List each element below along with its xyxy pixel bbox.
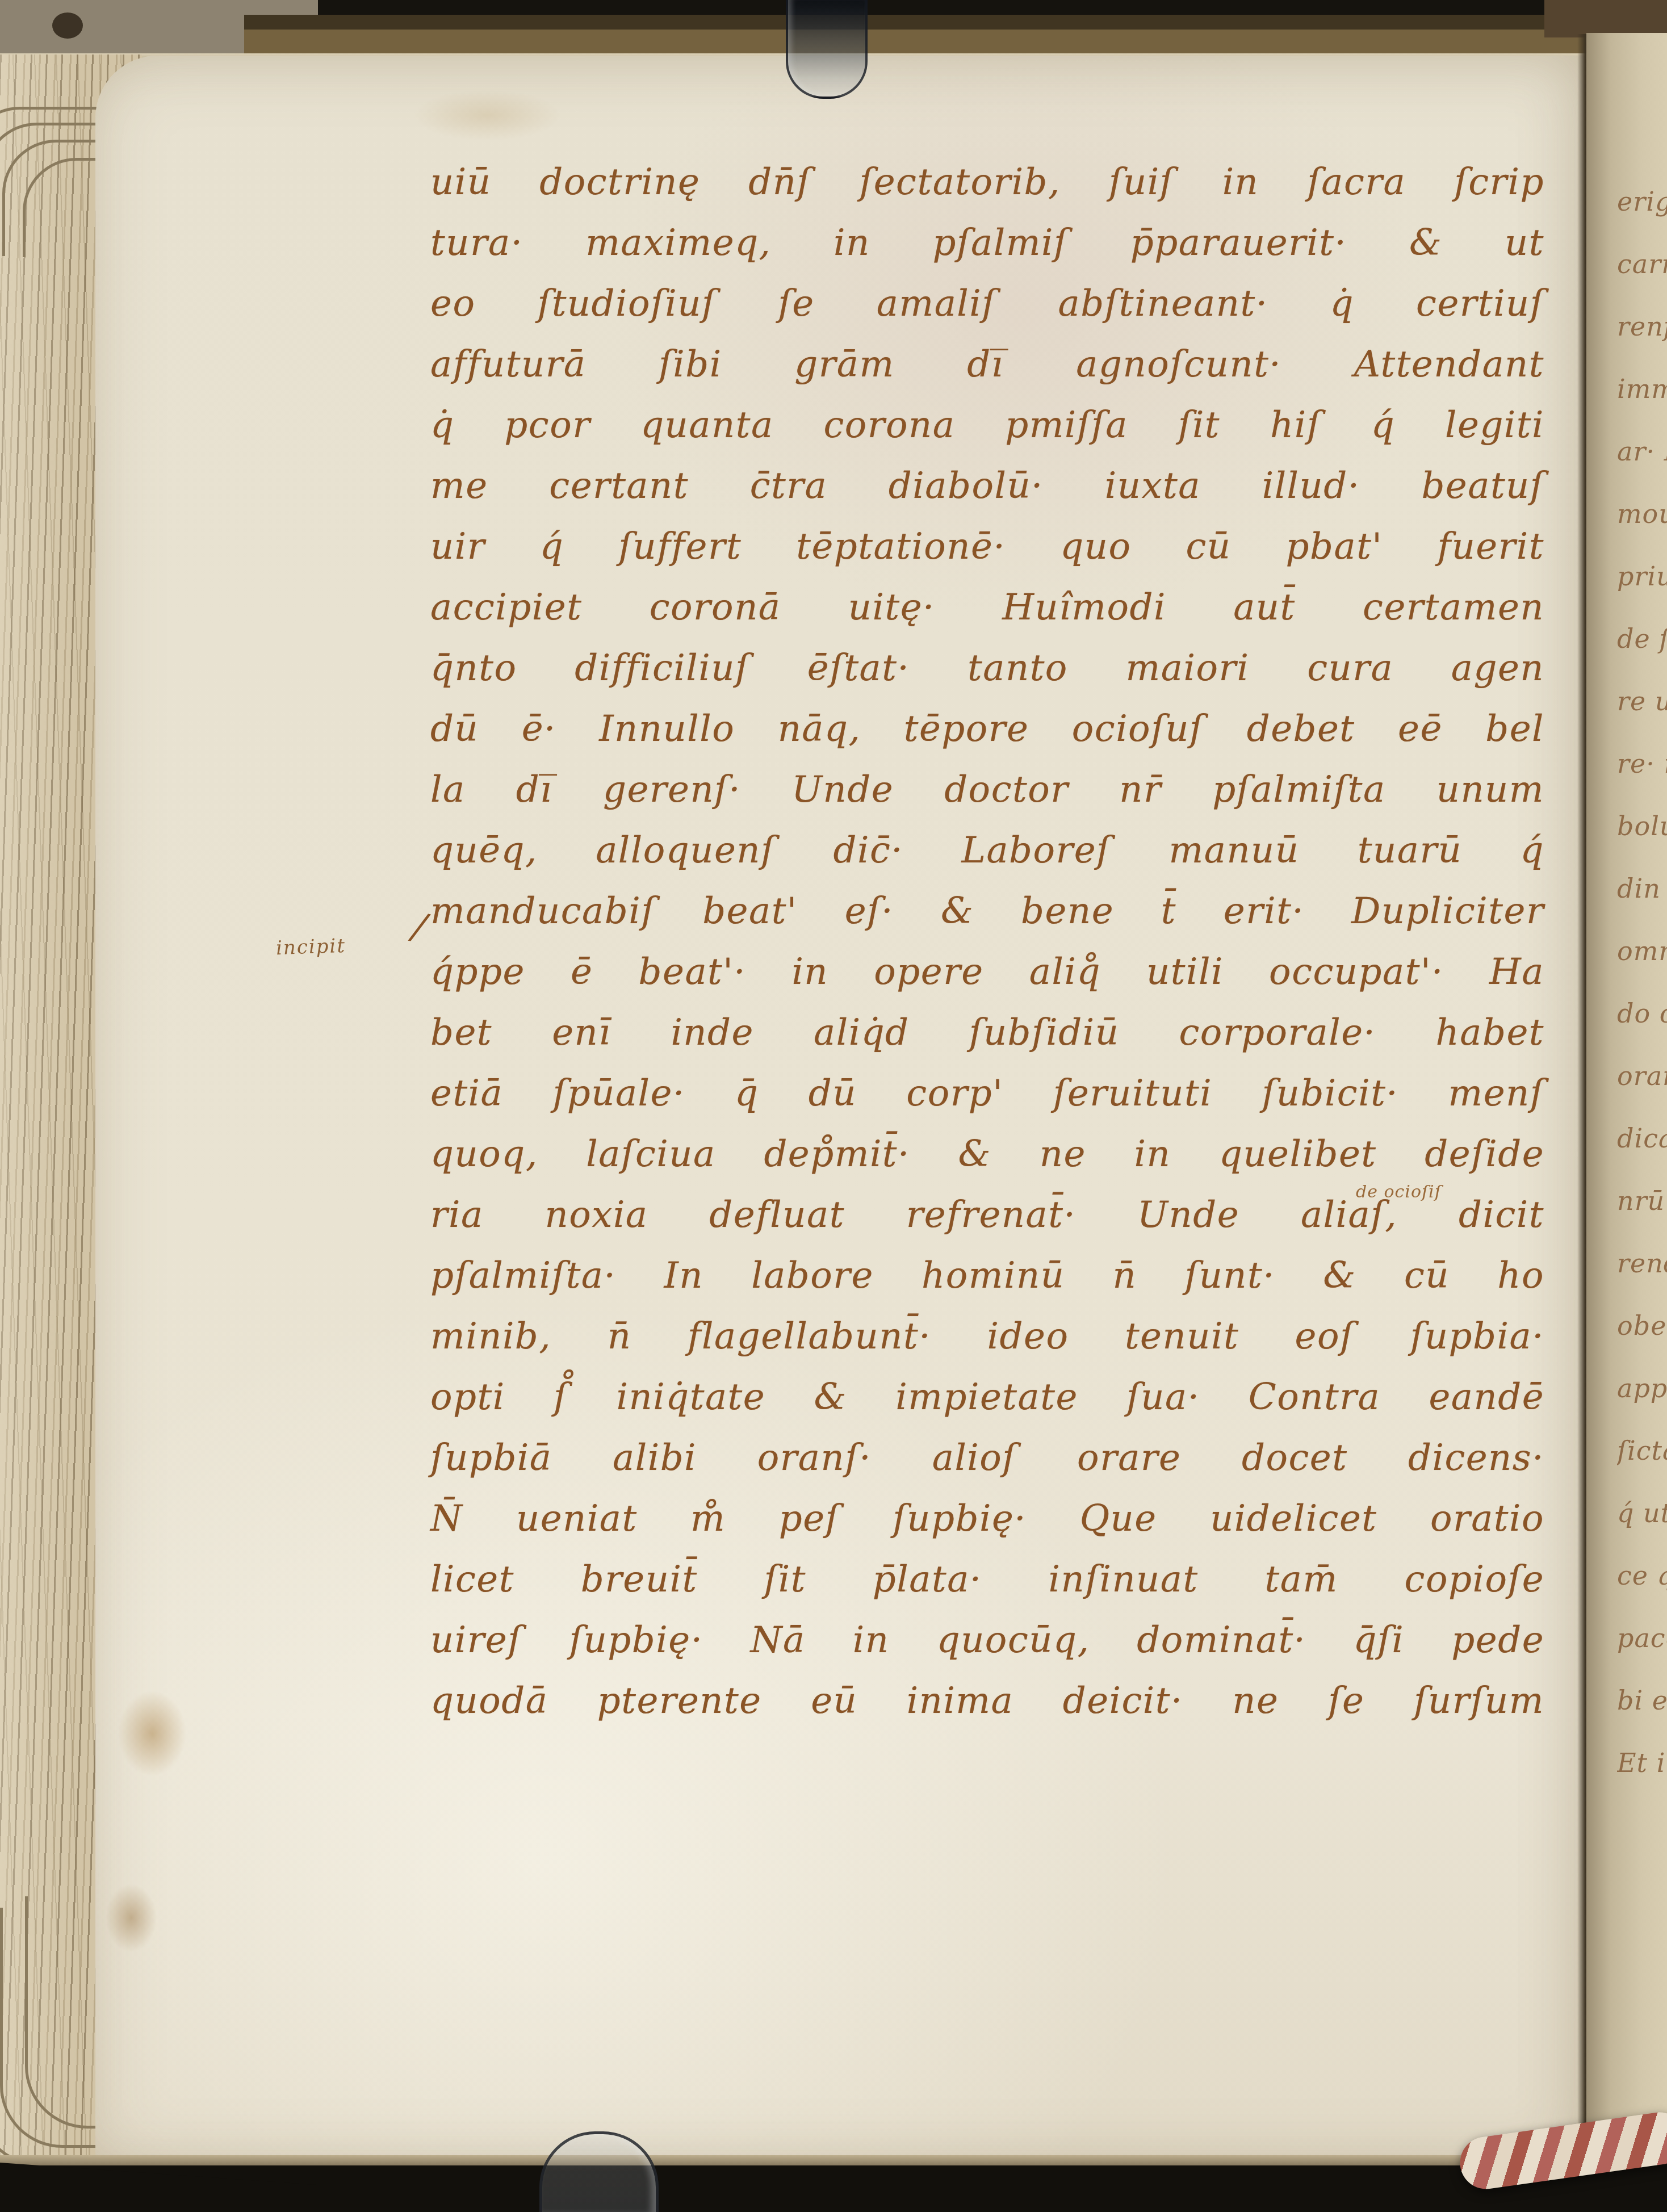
text-line: quoq, laſciua dep̊mit̄· & ne in quelibet… <box>430 1124 1544 1185</box>
fragment-line: re uid <box>1617 670 1667 732</box>
text-line: me certant c̄tra diabolū· iuxta illud· b… <box>430 456 1544 517</box>
text-line: dū ē· Innullo nāq, tēpore ocioſuſ debet … <box>430 699 1544 760</box>
facing-page-text-fragments: erig carniſ renſ imma ar· E mou priuſ i … <box>1617 170 1667 1817</box>
parchment-stain <box>106 1884 157 1952</box>
text-line: licet breuit̄ ſit p̄lata· inſinuat tam̄ … <box>430 1549 1544 1610</box>
text-block: uiū doctrinę dn̄ſ ſectatorib, ſuiſ in ſa… <box>430 152 1544 1732</box>
text-line: N̄ ueniat m̊ peſ ſupbię· Que uidelicet o… <box>430 1489 1544 1549</box>
fragment-line: Et iterū· i <box>1617 1732 1667 1794</box>
margin-note: incipit <box>275 935 346 960</box>
text-line: pſalmiſta· In labore hominū n̄ ſunt· & c… <box>430 1246 1544 1306</box>
text-line: la di̅ gerenſ· Unde doctor nr̄ pſalmiſta… <box>430 760 1544 820</box>
text-line: ſupbiā alibi oranſ· alioſ orare docet di… <box>430 1428 1544 1489</box>
text-line: quēq, alloquenſ dic̄· Laboreſ manuū tuar… <box>430 820 1544 881</box>
text-line: q̄nto difficiliuſ ēſtat· tanto maiori cu… <box>430 638 1544 699</box>
fragment-line: nrū ui <box>1617 1170 1667 1232</box>
parchment-stain <box>118 1691 186 1776</box>
text-line: q́ppe ē beat'· in opere aliq̊ utili occu… <box>430 942 1544 1003</box>
fragment-line: renda· i <box>1617 1232 1667 1294</box>
fragment-line: pacē era <box>1617 1607 1667 1669</box>
fragment-line: carniſ <box>1617 233 1667 295</box>
text-line: affuturā ſibi grām di̅ agnoſcunt· Attend… <box>430 334 1544 395</box>
text-line: tura· maximeq, in pſalmiſ p̄parauerit· &… <box>430 213 1544 274</box>
fragment-line: omnim̄ <box>1617 920 1667 982</box>
text-line: etiā ſpūale· q̄ dū corp' ſeruituti ſubic… <box>430 1063 1544 1124</box>
fragment-line: ce quā h <box>1617 1544 1667 1607</box>
fragment-line: renſ <box>1617 295 1667 358</box>
text-line: manducabiſ beat' eſ· & bene t̄ erit· Dup… <box>430 881 1544 942</box>
interlinear-gloss: de ocioſiſ <box>1356 1182 1442 1202</box>
text-line: eo ſtudioſiuſ ſe amaliſ abſtineant· q̇ c… <box>430 274 1544 334</box>
book-top-edge-shadow <box>244 15 1607 30</box>
text-line: uiū doctrinę dn̄ſ ſectatorib, ſuiſ in ſa… <box>430 152 1544 213</box>
fragment-line: din hab <box>1617 857 1667 920</box>
fragment-line: appeten <box>1617 1357 1667 1419</box>
fragment-line: re· n̄ p <box>1617 732 1667 795</box>
fragment-line: erig <box>1617 170 1667 233</box>
binding-speck <box>52 12 83 39</box>
fragment-line: obedien <box>1617 1294 1667 1357</box>
fragment-line: mou <box>1617 483 1667 545</box>
fragment-line: do cor <box>1617 982 1667 1045</box>
fragment-line: orandū <box>1617 1045 1667 1107</box>
fragment-line: q́ ut alio <box>1617 1482 1667 1544</box>
text-line: uireſ ſupbię· Nā in quocūq, dominat̄· q̄… <box>430 1610 1544 1671</box>
parchment-stain <box>413 90 561 141</box>
fragment-line: priuſ i <box>1617 545 1667 608</box>
text-line: opti ſ̊ iniq̇tate & impietate ſua· Contr… <box>430 1367 1544 1428</box>
fragment-line: ar· E <box>1617 420 1667 483</box>
cover-corner-top-right <box>1544 0 1667 37</box>
fragment-line: dicand <box>1617 1107 1667 1170</box>
text-line: accipiet coronā uitę· Huîmodi aut̄ certa… <box>430 577 1544 638</box>
text-line: bet enī inde aliq̇d ſubſidiū corporale· … <box>430 1003 1544 1063</box>
fragment-line: ſicta rep <box>1617 1419 1667 1482</box>
manuscript-photo: uiū doctrinę dn̄ſ ſectatorib, ſuiſ in ſa… <box>0 0 1667 2212</box>
text-line: quodā pterente eū inima deicit· ne ſe ſu… <box>430 1671 1544 1732</box>
text-line: minib, n̄ flagellabunt̄· ideo tenuit eoſ… <box>430 1306 1544 1367</box>
fragment-line: imma <box>1617 358 1667 420</box>
fragment-line: boluſ <box>1617 795 1667 857</box>
text-line: uir q́ ſuffert tēptationē· quo cū pbat' … <box>430 517 1544 577</box>
fragment-line: bi enarra <box>1617 1669 1667 1732</box>
text-line: q̇ pcor quanta corona pmiſſa ſit hiſ q́ … <box>430 395 1544 456</box>
fragment-line: de ſpn̄ <box>1617 608 1667 670</box>
